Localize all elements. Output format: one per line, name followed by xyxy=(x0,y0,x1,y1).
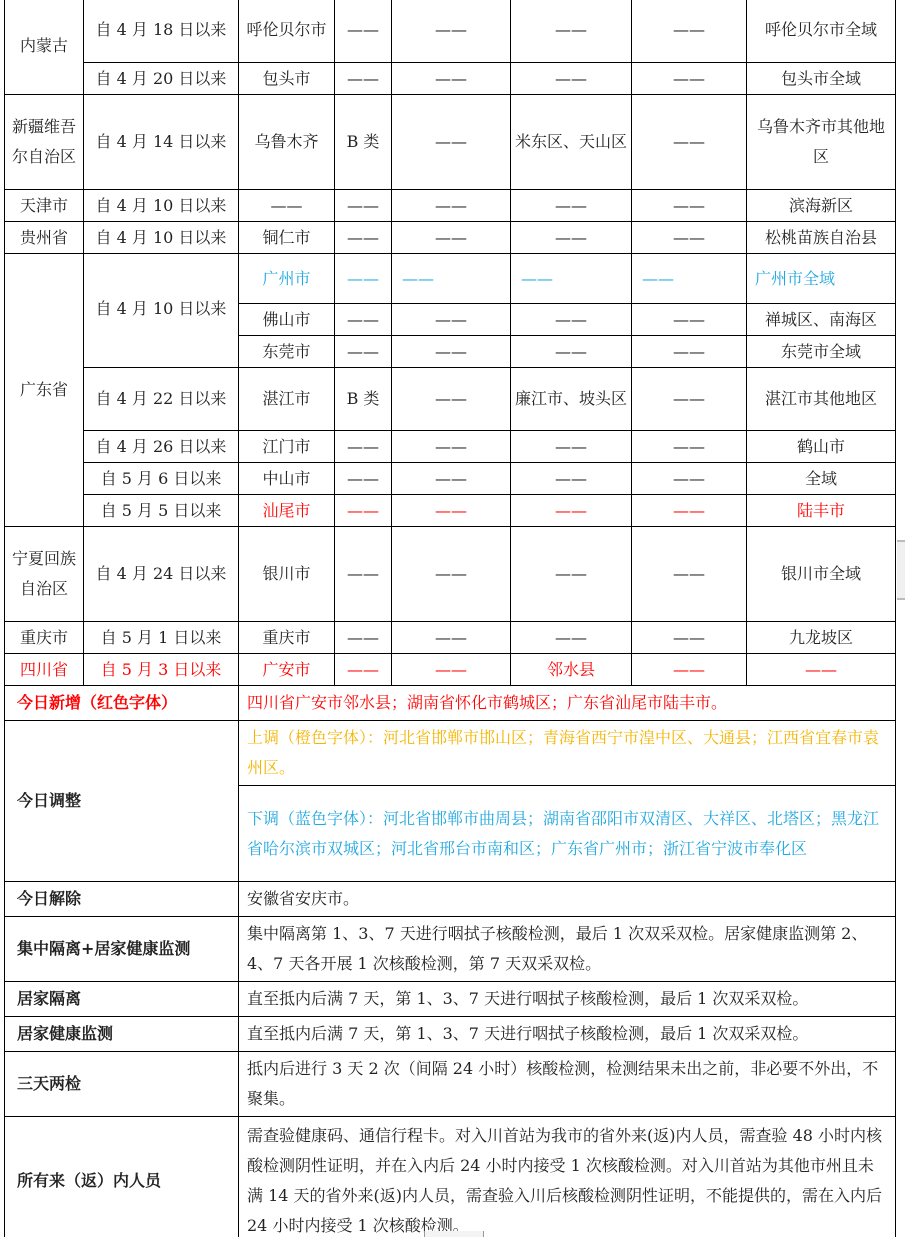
adjust-today-label: 今日调整 xyxy=(5,721,239,882)
scope-cell: —— xyxy=(747,654,896,686)
summary-row-three-day: 三天两检 抵内后进行 3 天 2 次（间隔 24 小时）核酸检测，检测结果未出之… xyxy=(5,1052,896,1117)
cell: —— xyxy=(632,222,747,254)
cell: —— xyxy=(632,95,747,190)
table-row: 宁夏回族自治区 自 4 月 24 日以来 银川市 —— —— —— —— 银川市… xyxy=(5,527,896,622)
cell: —— xyxy=(392,527,511,622)
since-cell: 自 4 月 10 日以来 xyxy=(84,254,239,368)
table-row: 新疆维吾尔自治区 自 4 月 14 日以来 乌鲁木齐 B 类 —— 米东区、天山… xyxy=(5,95,896,190)
scope-cell: 鹤山市 xyxy=(747,431,896,463)
table-row: 自 4 月 20 日以来 包头市 —— —— —— —— 包头市全域 xyxy=(5,63,896,95)
since-cell: 自 5 月 6 日以来 xyxy=(84,463,239,495)
scope-cell: 九龙坡区 xyxy=(747,622,896,654)
cell: —— xyxy=(632,622,747,654)
cell: —— xyxy=(392,190,511,222)
cell: —— xyxy=(335,654,392,686)
cell: 邻水县 xyxy=(511,654,632,686)
cell: —— xyxy=(335,622,392,654)
cell: —— xyxy=(392,304,511,336)
scope-cell: 乌鲁木齐市其他地区 xyxy=(747,95,896,190)
city-cell: 东莞市 xyxy=(239,336,335,368)
cell: —— xyxy=(632,254,747,304)
cell: —— xyxy=(392,222,511,254)
city-cell: 江门市 xyxy=(239,431,335,463)
table-row: 四川省 自 5 月 3 日以来 广安市 —— —— 邻水县 —— —— xyxy=(5,654,896,686)
cell: —— xyxy=(392,0,511,63)
since-cell: 自 4 月 20 日以来 xyxy=(84,63,239,95)
cell: 廉江市、坡头区 xyxy=(511,368,632,431)
table-row: 自 4 月 22 日以来 湛江市 B 类 —— 廉江市、坡头区 —— 湛江市其他… xyxy=(5,368,896,431)
city-cell: 铜仁市 xyxy=(239,222,335,254)
cell: —— xyxy=(392,654,511,686)
new-today-text: 四川省广安市邻水县；湖南省怀化市鹤城区；广东省汕尾市陆丰市。 xyxy=(239,686,896,721)
city-cell: 包头市 xyxy=(239,63,335,95)
cell: —— xyxy=(632,190,747,222)
cell: —— xyxy=(511,622,632,654)
cell: —— xyxy=(511,463,632,495)
summary-row-lifted: 今日解除 安徽省安庆市。 xyxy=(5,882,896,917)
city-cell: 广州市 xyxy=(239,254,335,304)
since-cell: 自 4 月 10 日以来 xyxy=(84,222,239,254)
table-row: 自 5 月 5 日以来 汕尾市 —— —— —— —— 陆丰市 xyxy=(5,495,896,527)
three-day-label: 三天两检 xyxy=(5,1052,239,1117)
cell: —— xyxy=(511,495,632,527)
province-cell: 重庆市 xyxy=(5,622,84,654)
since-cell: 自 4 月 24 日以来 xyxy=(84,527,239,622)
cell: —— xyxy=(632,654,747,686)
cell: —— xyxy=(632,304,747,336)
cell: —— xyxy=(335,336,392,368)
province-cell: 天津市 xyxy=(5,190,84,222)
central-home-text: 集中隔离第 1、3、7 天进行咽拭子核酸检测，最后 1 次双采双检。居家健康监测… xyxy=(239,917,896,982)
city-cell: —— xyxy=(239,190,335,222)
city-cell: 乌鲁木齐 xyxy=(239,95,335,190)
all-arrivals-label: 所有来（返）内人员 xyxy=(5,1117,239,1237)
cell: —— xyxy=(392,463,511,495)
since-cell: 自 5 月 3 日以来 xyxy=(84,654,239,686)
cell: —— xyxy=(511,190,632,222)
cell: —— xyxy=(632,336,747,368)
scope-cell: 禅城区、南海区 xyxy=(747,304,896,336)
cell: B 类 xyxy=(335,95,392,190)
scope-cell: 湛江市其他地区 xyxy=(747,368,896,431)
cell: —— xyxy=(392,336,511,368)
since-cell: 自 4 月 22 日以来 xyxy=(84,368,239,431)
home-quarantine-text: 直至抵内后满 7 天，第 1、3、7 天进行咽拭子核酸检测，最后 1 次双采双检… xyxy=(239,982,896,1017)
table-row: 自 5 月 6 日以来 中山市 —— —— —— —— 全域 xyxy=(5,463,896,495)
cell: —— xyxy=(335,304,392,336)
cell: —— xyxy=(632,527,747,622)
province-cell: 广东省 xyxy=(5,254,84,527)
province-cell: 贵州省 xyxy=(5,222,84,254)
scrollbar-handle[interactable] xyxy=(897,540,905,600)
risk-area-table: 内蒙古 自 4 月 18 日以来 呼伦贝尔市 —— —— —— —— 呼伦贝尔市… xyxy=(4,0,896,1237)
cell: —— xyxy=(335,63,392,95)
cell: —— xyxy=(335,0,392,63)
scope-cell: 广州市全域 xyxy=(747,254,896,304)
cell: —— xyxy=(335,495,392,527)
city-cell: 湛江市 xyxy=(239,368,335,431)
cell: —— xyxy=(335,527,392,622)
cell: —— xyxy=(511,527,632,622)
city-cell: 中山市 xyxy=(239,463,335,495)
summary-row-central-home: 集中隔离+居家健康监测 集中隔离第 1、3、7 天进行咽拭子核酸检测，最后 1 … xyxy=(5,917,896,982)
cell: —— xyxy=(632,368,747,431)
cell: —— xyxy=(392,63,511,95)
city-cell: 广安市 xyxy=(239,654,335,686)
cell: —— xyxy=(392,95,511,190)
all-arrivals-text: 需查验健康码、通信行程卡。对入川首站为我市的省外来(返)内人员，需查验 48 小… xyxy=(239,1117,896,1237)
cell: B 类 xyxy=(335,368,392,431)
scope-cell: 松桃苗族自治县 xyxy=(747,222,896,254)
city-cell: 呼伦贝尔市 xyxy=(239,0,335,63)
cell: —— xyxy=(632,63,747,95)
cell: —— xyxy=(632,0,747,63)
cell: —— xyxy=(511,304,632,336)
cell: —— xyxy=(511,336,632,368)
since-cell: 自 4 月 26 日以来 xyxy=(84,431,239,463)
cell: —— xyxy=(632,495,747,527)
horizontal-scrollbar-thumb[interactable] xyxy=(424,1231,484,1237)
cell: —— xyxy=(392,431,511,463)
table-row: 天津市 自 4 月 10 日以来 —— —— —— —— —— 滨海新区 xyxy=(5,190,896,222)
cell: —— xyxy=(511,63,632,95)
table-row: 自 4 月 26 日以来 江门市 —— —— —— —— 鹤山市 xyxy=(5,431,896,463)
scope-cell: 东莞市全域 xyxy=(747,336,896,368)
since-cell: 自 4 月 10 日以来 xyxy=(84,190,239,222)
scope-cell: 滨海新区 xyxy=(747,190,896,222)
scope-cell: 呼伦贝尔市全域 xyxy=(747,0,896,63)
cell: —— xyxy=(511,0,632,63)
since-cell: 自 4 月 18 日以来 xyxy=(84,0,239,63)
cell: 米东区、天山区 xyxy=(511,95,632,190)
cell: —— xyxy=(632,463,747,495)
cell: —— xyxy=(392,254,511,304)
cell: —— xyxy=(392,368,511,431)
province-cell: 四川省 xyxy=(5,654,84,686)
since-cell: 自 5 月 1 日以来 xyxy=(84,622,239,654)
province-cell: 新疆维吾尔自治区 xyxy=(5,95,84,190)
cell: —— xyxy=(335,190,392,222)
city-cell: 汕尾市 xyxy=(239,495,335,527)
cell: —— xyxy=(392,495,511,527)
cell: —— xyxy=(335,463,392,495)
scope-cell: 银川市全域 xyxy=(747,527,896,622)
home-monitor-text: 直至抵内后满 7 天，第 1、3、7 天进行咽拭子核酸检测，最后 1 次双采双检… xyxy=(239,1017,896,1052)
summary-row-home-monitor: 居家健康监测 直至抵内后满 7 天，第 1、3、7 天进行咽拭子核酸检测，最后 … xyxy=(5,1017,896,1052)
city-cell: 重庆市 xyxy=(239,622,335,654)
lifted-today-label: 今日解除 xyxy=(5,882,239,917)
cell: —— xyxy=(632,431,747,463)
table-row: 内蒙古 自 4 月 18 日以来 呼伦贝尔市 —— —— —— —— 呼伦贝尔市… xyxy=(5,0,896,63)
province-cell: 宁夏回族自治区 xyxy=(5,527,84,622)
since-cell: 自 5 月 5 日以来 xyxy=(84,495,239,527)
summary-row-all-arrivals: 所有来（返）内人员 需查验健康码、通信行程卡。对入川首站为我市的省外来(返)内人… xyxy=(5,1117,896,1237)
lifted-today-text: 安徽省安庆市。 xyxy=(239,882,896,917)
new-today-label: 今日新增（红色字体） xyxy=(5,686,239,721)
since-cell: 自 4 月 14 日以来 xyxy=(84,95,239,190)
table-row: 重庆市 自 5 月 1 日以来 重庆市 —— —— —— —— 九龙坡区 xyxy=(5,622,896,654)
cell: —— xyxy=(392,622,511,654)
summary-row-new: 今日新增（红色字体） 四川省广安市邻水县；湖南省怀化市鹤城区；广东省汕尾市陆丰市… xyxy=(5,686,896,721)
city-cell: 佛山市 xyxy=(239,304,335,336)
cell: —— xyxy=(335,254,392,304)
table-row: 广东省 自 4 月 10 日以来 广州市 —— —— —— —— 广州市全域 xyxy=(5,254,896,304)
summary-row-home-quarantine: 居家隔离 直至抵内后满 7 天，第 1、3、7 天进行咽拭子核酸检测，最后 1 … xyxy=(5,982,896,1017)
scope-cell: 陆丰市 xyxy=(747,495,896,527)
cell: —— xyxy=(511,222,632,254)
home-monitor-label: 居家健康监测 xyxy=(5,1017,239,1052)
summary-row-adjust: 今日调整 上调（橙色字体）：河北省邯郸市邯山区；青海省西宁市湟中区、大通县；江西… xyxy=(5,721,896,786)
adjust-down-text: 下调（蓝色字体）：河北省邯郸市曲周县；湖南省邵阳市双清区、大祥区、北塔区；黑龙江… xyxy=(239,786,896,882)
adjust-up-text: 上调（橙色字体）：河北省邯郸市邯山区；青海省西宁市湟中区、大通县；江西省宜春市袁… xyxy=(239,721,896,786)
city-cell: 银川市 xyxy=(239,527,335,622)
central-home-label: 集中隔离+居家健康监测 xyxy=(5,917,239,982)
cell: —— xyxy=(511,254,632,304)
scope-cell: 全域 xyxy=(747,463,896,495)
scope-cell: 包头市全域 xyxy=(747,63,896,95)
home-quarantine-label: 居家隔离 xyxy=(5,982,239,1017)
province-cell: 内蒙古 xyxy=(5,0,84,95)
cell: —— xyxy=(511,431,632,463)
cell: —— xyxy=(335,431,392,463)
three-day-text: 抵内后进行 3 天 2 次（间隔 24 小时）核酸检测，检测结果未出之前，非必要… xyxy=(239,1052,896,1117)
table-row: 贵州省 自 4 月 10 日以来 铜仁市 —— —— —— —— 松桃苗族自治县 xyxy=(5,222,896,254)
cell: —— xyxy=(335,222,392,254)
